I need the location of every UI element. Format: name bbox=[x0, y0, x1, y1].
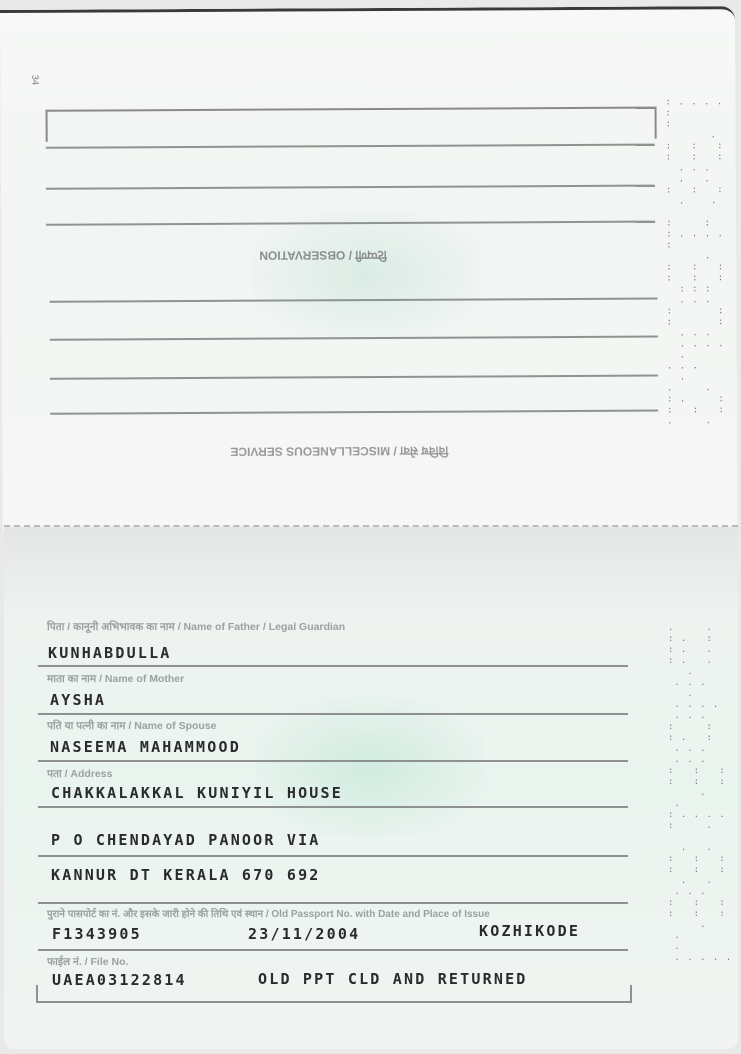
field-divider bbox=[38, 855, 628, 857]
old-passport-number: F1343905 bbox=[52, 925, 142, 943]
mother-label: माता का नाम / Name of Mother bbox=[47, 672, 184, 686]
perforated-number: : . . . . : : . : : : : : : . . . . . : … bbox=[665, 97, 725, 427]
address-label: पता / Address bbox=[47, 767, 112, 781]
field-divider bbox=[38, 806, 628, 808]
field-divider bbox=[38, 665, 628, 667]
address-line-2: P O CHENDAYAD PANOOR VIA bbox=[51, 831, 321, 849]
emblem-watermark bbox=[251, 210, 482, 341]
field-divider bbox=[38, 713, 628, 715]
spouse-label: पति या पत्नी का नाम / Name of Spouse bbox=[47, 719, 217, 733]
observation-page: 34 टिप्पणी / OBSERVATION विविध सेवा / MI… bbox=[0, 6, 738, 531]
spouse-name: NASEEMA MAHAMMOOD bbox=[50, 738, 241, 756]
field-divider bbox=[38, 949, 628, 951]
ruled-line bbox=[46, 144, 655, 149]
miscellaneous-service-heading: विविध सेवा / MISCELLANEOUS SERVICE bbox=[230, 443, 448, 461]
observation-heading: टिप्पणी / OBSERVATION bbox=[259, 247, 387, 265]
observation-box bbox=[46, 107, 657, 142]
old-passport-issue-date: 23/11/2004 bbox=[248, 925, 360, 943]
emblem-watermark bbox=[254, 697, 484, 837]
perforated-number: . . : . : : . . : . . . . . . . . . . . … bbox=[668, 623, 732, 964]
field-divider bbox=[38, 760, 628, 762]
ruled-line bbox=[46, 185, 655, 190]
observation-heading-text: टिप्पणी / OBSERVATION bbox=[259, 247, 387, 265]
ruled-line bbox=[50, 410, 658, 415]
father-label: पिता / कानूनी अभिभावक का नाम / Name of F… bbox=[47, 620, 345, 634]
mother-name: AYSHA bbox=[50, 691, 106, 709]
old-passport-issue-place: KOZHIKODE bbox=[479, 922, 580, 940]
field-divider bbox=[38, 902, 628, 904]
father-name: KUNHABDULLA bbox=[48, 644, 172, 662]
file-number-label: फाईल नं. / File No. bbox=[47, 955, 128, 969]
page-number: 34 bbox=[30, 75, 40, 85]
address-line-3: KANNUR DT KERALA 670 692 bbox=[51, 866, 321, 884]
address-line-1: CHAKKALAKKAL KUNIYIL HOUSE bbox=[51, 784, 343, 802]
old-passport-label: पुराने पासपोर्ट का नं. और इसके जारी होने… bbox=[47, 906, 490, 920]
miscellaneous-service-text: विविध सेवा / MISCELLANEOUS SERVICE bbox=[230, 443, 448, 461]
ruled-line bbox=[50, 375, 658, 380]
file-number-box bbox=[36, 985, 632, 1003]
